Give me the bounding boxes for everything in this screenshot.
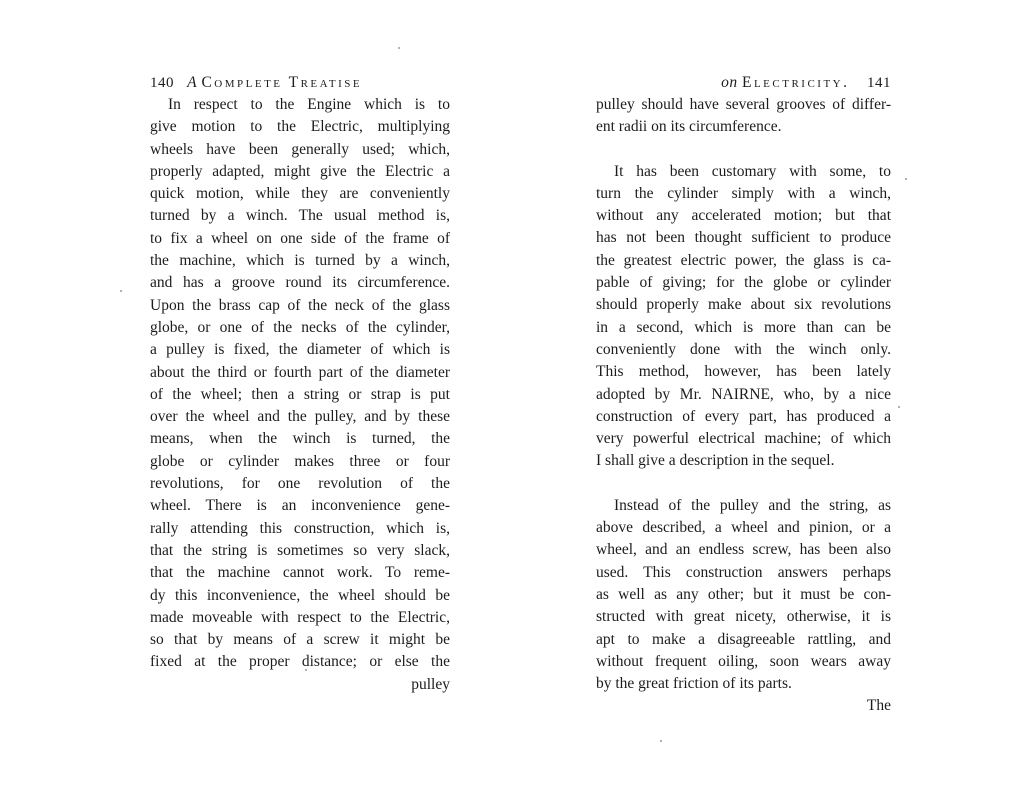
text-line: the machine, which is turned by a winch, (150, 250, 450, 272)
text-line: without any accelerated motion; but that (596, 205, 891, 227)
text-line: rally attending this construction, which… (150, 518, 450, 540)
paragraph: Instead of the pulley and the string, as… (596, 495, 891, 696)
text-line: very powerful electrical machine; of whi… (596, 428, 891, 450)
paragraph: It has been customary with some, to turn… (596, 161, 891, 473)
text-line: has not been thought sufficient to produ… (596, 227, 891, 249)
running-head-title: Electricity. (742, 74, 850, 91)
text-line: means, when the winch is turned, the (150, 428, 450, 450)
text-line: globe or cylinder makes three or four (150, 451, 450, 473)
text-line: fixed at the proper distance; or else th… (150, 651, 450, 673)
running-head-prefix: on (721, 74, 738, 91)
text-line: structed with great nicety, otherwise, i… (596, 606, 891, 628)
text-line: above described, a wheel and pinion, or … (596, 517, 891, 539)
text-line: globe, or one of the necks of the cylind… (150, 317, 450, 339)
text-line: conveniently done with the winch only. (596, 339, 891, 361)
text-line: adopted by Mr. NAIRNE, who, by a nice (596, 384, 891, 406)
text-line: turned by a winch. The usual method is, (150, 205, 450, 227)
text-line: and has a groove round its circumference… (150, 272, 450, 294)
text-line: over the wheel and the pulley, and by th… (150, 406, 450, 428)
text-line: Instead of the pulley and the string, as (596, 495, 891, 517)
page-number: 140 (150, 75, 174, 91)
text-line: dy this inconvenience, the wheel should … (150, 585, 450, 607)
text-line: It has been customary with some, to (596, 161, 891, 183)
text-line: to fix a wheel on one side of the frame … (150, 228, 450, 250)
text-line: as well as any other; but it must be con… (596, 584, 891, 606)
text-line: of the wheel; then a string or strap is … (150, 384, 450, 406)
text-line: the greatest electric power, the glass i… (596, 250, 891, 272)
scan-speck (905, 178, 907, 180)
text-line: should properly make about six revolutio… (596, 294, 891, 316)
text-line: turn the cylinder simply with a winch, (596, 183, 891, 205)
text-line: construction of every part, has produced… (596, 406, 891, 428)
text-line: about the third or fourth part of the di… (150, 362, 450, 384)
paragraph: pulley should have several grooves of di… (596, 94, 891, 139)
text-line: quick motion, while they are convenientl… (150, 183, 450, 205)
text-line: used. This construction answers perhaps (596, 562, 891, 584)
catchword: pulley (150, 674, 450, 696)
running-head-article: A (187, 74, 197, 91)
right-page-body: pulley should have several grooves of di… (596, 94, 891, 718)
text-line: pulley should have several grooves of di… (596, 94, 891, 116)
text-line: revolutions, for one revolution of the (150, 473, 450, 495)
running-head-title: Complete Treatise (201, 74, 362, 91)
text-line: wheel. There is an inconvenience gene- (150, 495, 450, 517)
scan-speck (660, 740, 662, 742)
text-line: that the string is sometimes so very sla… (150, 540, 450, 562)
text-line: a pulley is fixed, the diameter of which… (150, 339, 450, 361)
text-line: by the great friction of its parts. (596, 673, 891, 695)
scan-speck (120, 290, 122, 292)
text-line: apt to make a disagreeable rattling, and (596, 629, 891, 651)
text-line: without frequent oiling, soon wears away (596, 651, 891, 673)
text-line: This method, however, has been lately (596, 361, 891, 383)
text-line: Upon the brass cap of the neck of the gl… (150, 295, 450, 317)
text-line: properly adapted, might give the Electri… (150, 161, 450, 183)
text-line: In respect to the Engine which is to (150, 94, 450, 116)
scan-speck (898, 406, 900, 408)
text-line: in a second, which is more than can be (596, 317, 891, 339)
left-page-body: In respect to the Engine which is to giv… (150, 94, 450, 696)
text-line: made moveable with respect to the Electr… (150, 607, 450, 629)
page-number: 141 (867, 75, 891, 91)
running-head-right: on Electricity. 141 (596, 74, 891, 92)
text-line: ent radii on its circumference. (596, 116, 891, 138)
text-line: that the machine cannot work. To reme- (150, 562, 450, 584)
text-line: I shall give a description in the sequel… (596, 450, 891, 472)
scan-speck (398, 47, 400, 49)
scan-speck (305, 669, 307, 671)
text-line: give motion to the Electric, multiplying (150, 116, 450, 138)
text-line: pable of giving; for the globe or cylind… (596, 272, 891, 294)
catchword: The (596, 695, 891, 717)
text-line: wheel, and an endless screw, has been al… (596, 539, 891, 561)
text-line: wheels have been generally used; which, (150, 139, 450, 161)
text-line: so that by means of a screw it might be (150, 629, 450, 651)
running-head-left: 140 A Complete Treatise (150, 74, 362, 92)
